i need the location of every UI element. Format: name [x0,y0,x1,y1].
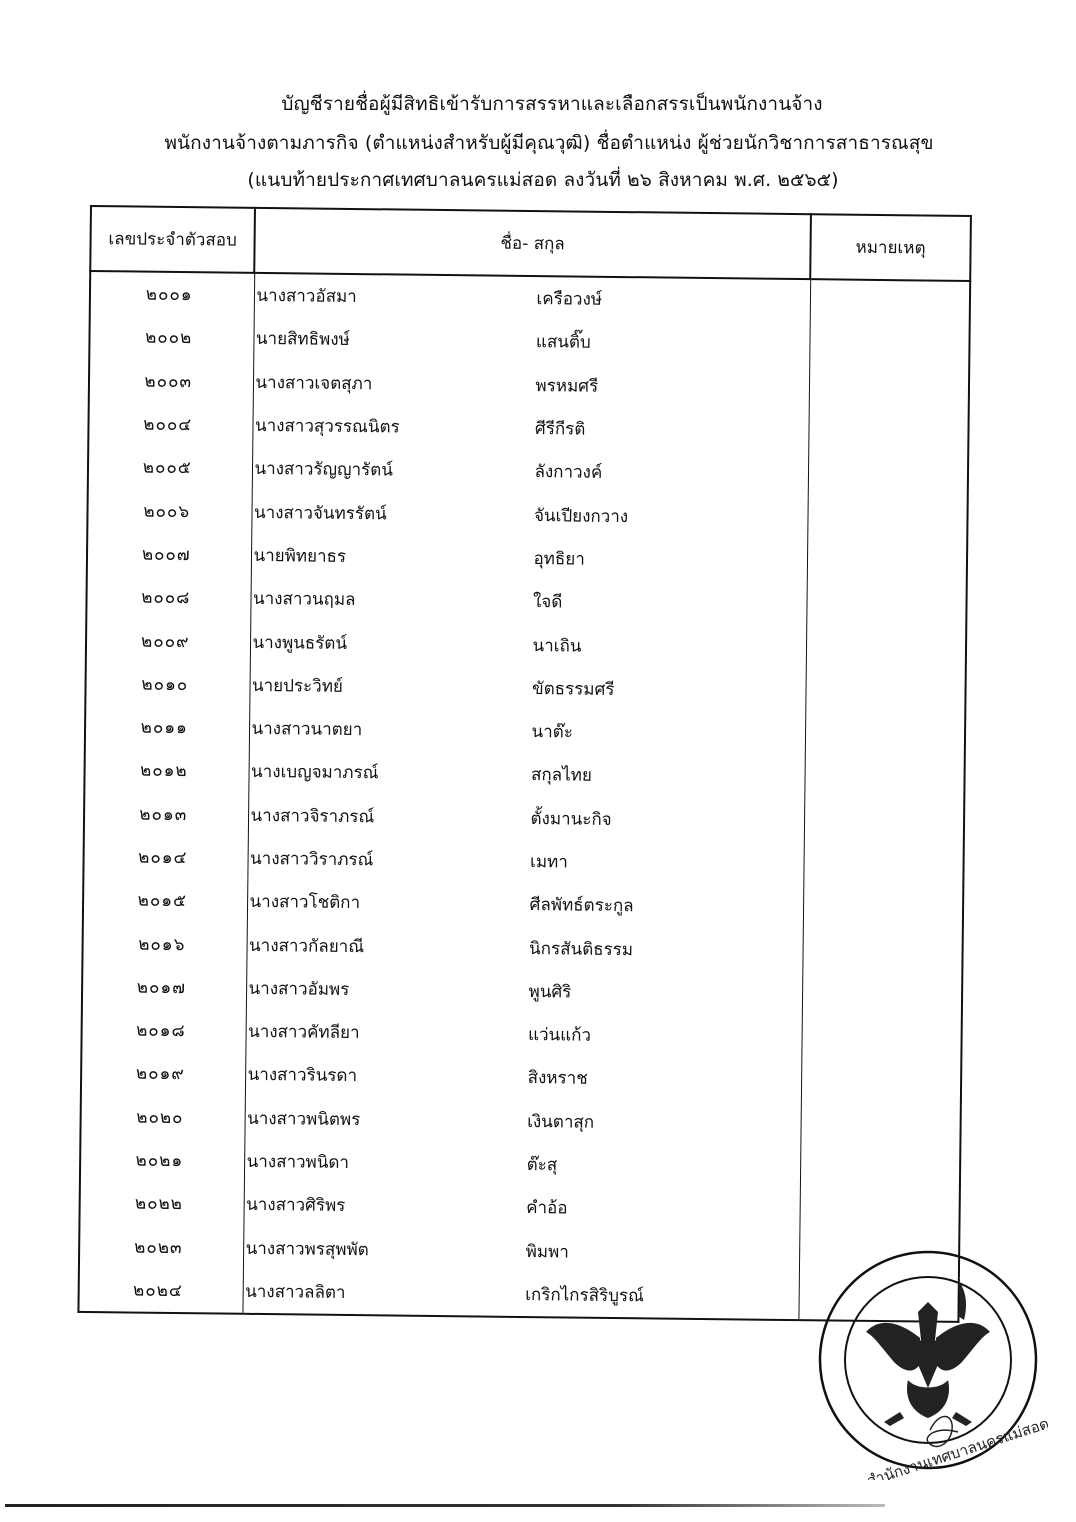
full-name-cell: นางสาวลลิตาเกริกไกรสิริบูรณ์ [242,1270,798,1321]
first-name: นางสาวรัญญารัตน์ [252,455,534,485]
header-remarks: หมายเหตุ [810,214,971,281]
last-name: เกริกไกรสิริบูรณ์ [525,1281,798,1311]
exam-id-cell: ๒๐๑๔ [83,835,247,880]
exam-id-cell: ๒๐๑๘ [81,1008,245,1053]
first-name: นางสาวจิราภรณ์ [248,802,530,832]
last-name: สกุลไทย [531,761,804,791]
remark-cell [804,756,964,801]
header-full-name: ชื่อ- สกุล [254,208,811,279]
first-name: นางสาวศิริพร [244,1191,526,1221]
first-name: นางสาวพนิตพร [245,1105,527,1135]
full-name-cell: นางสาวจันทรรัตน์จันเปียงกวาง [251,490,807,540]
first-name: นางสาวอัสมา [254,282,536,312]
exam-id-cell: ๒๐๒๔ [78,1268,242,1314]
exam-id-cell: ๒๐๐๖ [87,488,251,533]
last-name: ลังกาวงค์ [534,458,807,488]
last-name: พูนศิริ [528,978,801,1008]
last-name: คำอ้อ [526,1194,799,1224]
full-name-cell: นางสาวนาตยานาต๊ะ [249,707,805,757]
remark-cell [803,886,963,931]
first-name: นางพูนธรัตน์ [250,628,532,658]
exam-id-cell: ๒๐๒๓ [79,1224,243,1269]
remark-cell [800,1146,960,1191]
remark-cell [808,453,968,498]
first-name: นางสาวนาตยา [249,715,531,745]
first-name: นางสาวจันทรรัตน์ [252,498,534,528]
exam-id-cell: ๒๐๐๗ [87,532,251,577]
exam-id-cell: ๒๐๐๒ [89,315,253,360]
exam-id-cell: ๒๐๒๑ [80,1138,244,1183]
remark-cell [809,367,969,412]
last-name: ศีรีกีรติ [535,415,808,445]
header-exam-id: เลขประจำตัวสอบ [90,206,255,273]
exam-id-cell: ๒๐๒๒ [79,1181,243,1226]
remark-cell [803,843,963,888]
first-name: นางสาวเจตสุภา [253,369,535,399]
garuda-seal-icon: สำนักงานเทศบาลนครแม่สอด [808,1240,1048,1480]
full-name-cell: นางเบญจมาภรณ์สกุลไทย [248,750,804,800]
last-name: แว่นแก้ว [528,1021,801,1051]
remark-cell [806,627,966,672]
exam-id-cell: ๒๐๐๓ [89,359,253,404]
remark-cell [807,497,967,542]
full-name-cell: นางสาวพนิตพรเงินตาสุก [244,1096,800,1146]
full-name-cell: นางสาวสุวรรณนิตรศีรีกีรติ [252,404,808,454]
exam-id-cell: ๒๐๑๕ [83,878,247,923]
exam-id-cell: ๒๐๑๒ [84,748,248,793]
last-name: ต๊ะสุ [526,1151,799,1181]
first-name: นางสาวคัทลียา [246,1018,528,1048]
last-name: เครือวงษ์ [536,285,809,315]
remark-cell [804,800,964,845]
exam-id-cell: ๒๐๑๑ [85,705,249,750]
first-name: นางสาวลลิตา [243,1278,525,1308]
first-name: นางสาวสุวรรณนิตร [253,412,535,442]
full-name-cell: นางสาวคัทลียาแว่นแก้ว [245,1010,801,1060]
remark-cell [799,1189,959,1234]
last-name: อุทธิยา [533,545,806,575]
exam-id-cell: ๒๐๑๐ [85,662,249,707]
first-name: นายพิทยาธร [251,542,533,572]
last-name: สิงหราช [527,1065,800,1095]
full-name-cell: นางสาวกัลยาณีนิกรสันติธรรม [246,923,802,973]
full-name-cell: นางสาวนฤมลใจดี [250,577,806,627]
exam-id-cell: ๒๐๒๐ [80,1095,244,1140]
full-name-cell: นางสาวอัสมาเครือวงษ์ [254,273,810,324]
last-name: จันเปียงกวาง [534,502,807,532]
title-line-3: (แนบท้ายประกาศเทศบาลนครแม่สอด ลงวันที่ ๒… [0,162,1076,198]
full-name-cell: นายสิทธิพงษ์แสนติ๊บ [253,317,809,367]
table-header-row: เลขประจำตัวสอบ ชื่อ- สกุล หมายเหตุ [90,206,971,281]
remark-cell [800,1103,960,1148]
full-name-cell: นายพิทยาธรอุทธิยา [251,534,807,584]
full-name-cell: นางสาวรินรดาสิงหราช [245,1053,801,1103]
last-name: นาเถิน [532,632,805,662]
first-name: นางสาวรินรดา [245,1061,527,1091]
first-name: นายสิทธิพงษ์ [254,325,536,355]
full-name-cell: นางสาวอัมพรพูนศิริ [246,967,802,1017]
first-name: นายประวิทย์ [250,672,532,702]
exam-id-cell: ๒๐๑๓ [84,792,248,837]
first-name: นางสาวพรสุพพัต [244,1234,526,1264]
remark-cell [801,1059,961,1104]
full-name-cell: นางพูนธรัตน์นาเถิน [250,620,806,670]
first-name: นางสาวพนิดา [245,1148,527,1178]
first-name: นางสาววิราภรณ์ [248,845,530,875]
full-name-cell: นางสาวศิริพรคำอ้อ [243,1183,799,1233]
last-name: นาต๊ะ [531,718,804,748]
remark-cell [805,670,965,715]
first-name: นางสาวอัมพร [246,975,528,1005]
exam-id-cell: ๒๐๑๙ [81,1051,245,1096]
first-name: นางสาวนฤมล [251,585,533,615]
first-name: นางสาวโชติกา [247,888,529,918]
footer-rule [5,1504,885,1507]
remark-cell [802,973,962,1018]
last-name: ขัตธรรมศรี [532,675,805,705]
full-name-cell: นางสาวโชติกาศีลพัทธ์ตระกูล [247,880,803,930]
remark-cell [810,279,970,325]
last-name: ใจดี [533,588,806,618]
first-name: นางสาวกัลยาณี [247,931,529,961]
last-name: ตั้งมานะกิจ [530,805,803,835]
full-name-cell: นางสาวเจตสุภาพรหมศรี [253,360,809,410]
full-name-cell: นางสาวพรสุพพัตพิมพา [243,1226,799,1276]
last-name: นิกรสันติธรรม [529,935,802,965]
last-name: ศีลพัทธ์ตระกูล [529,891,802,921]
exam-id-cell: ๒๐๐๙ [86,618,250,663]
last-name: เมทา [530,848,803,878]
remark-cell [808,410,968,455]
full-name-cell: นายประวิทย์ขัตธรรมศรี [249,664,805,714]
exam-id-cell: ๒๐๐๔ [88,402,252,447]
last-name: เงินตาสุก [527,1108,800,1138]
remark-cell [806,583,966,628]
remark-cell [809,323,969,368]
remark-cell [802,930,962,975]
exam-id-cell: ๒๐๑๖ [82,921,246,966]
exam-id-cell: ๒๐๑๗ [82,965,246,1010]
title-line-2: พนักงานจ้างตามภารกิจ (ตำแหน่งสำหรับผู้มี… [0,125,1076,161]
title-line-1: บัญชีรายชื่อผู้มีสิทธิเข้ารับการสรรหาและ… [0,86,1076,122]
remark-cell [805,713,965,758]
first-name: นางเบญจมาภรณ์ [249,758,531,788]
exam-id-cell: ๒๐๐๘ [86,575,250,620]
exam-id-cell: ๒๐๐๕ [88,445,252,490]
full-name-cell: นางสาวพนิดาต๊ะสุ [244,1140,800,1190]
full-name-cell: นางสาวรัญญารัตน์ลังกาวงค์ [252,447,808,497]
full-name-cell: นางสาววิราภรณ์เมทา [247,837,803,887]
remark-cell [807,540,967,585]
exam-id-cell: ๒๐๐๑ [90,271,254,317]
last-name: แสนติ๊บ [536,329,809,359]
remark-cell [801,1016,961,1061]
candidate-table: เลขประจำตัวสอบ ชื่อ- สกุล หมายเหตุ ๒๐๐๑น… [77,205,970,1323]
full-name-cell: นางสาวจิราภรณ์ตั้งมานะกิจ [248,793,804,843]
last-name: พิมพา [526,1238,799,1268]
last-name: พรหมศรี [535,372,808,402]
